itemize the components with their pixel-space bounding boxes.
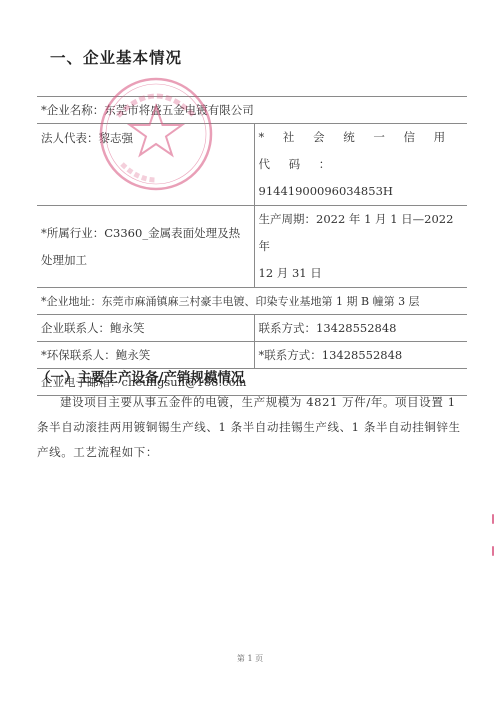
env-contact-person-cell: *环保联系人：鲍永笑 [37, 342, 254, 369]
address-cell: *企业地址：东莞市麻涌镇麻三村豪丰电镀、印染专业基地第 1 期 B 幢第 3 层 [37, 288, 467, 315]
company-name-cell: *企业名称：东莞市将盛五金电镀有限公司 [37, 97, 467, 124]
period-line-2: 12 月 31 日 [259, 260, 464, 287]
table-row: *所属行业：C3360_金属表面处理及热 处理加工 生产周期：2022 年 1 … [37, 206, 467, 288]
company-info-table: *企业名称：东莞市将盛五金电镀有限公司 法人代表：黎志强 * 社 会 统 一 信… [37, 96, 467, 396]
section-title: 一、企业基本情况 [50, 46, 182, 68]
production-description: 建设项目主要从事五金件的电镀，生产规模为 4821 万件/年。项目设置 1 条半… [37, 390, 467, 465]
seal-edge-mark [492, 514, 494, 524]
env-contact-phone-cell: *联系方式：13428552848 [254, 342, 467, 369]
page-number: 第 1 页 [0, 653, 500, 664]
subsection-title: （一）主要生产设备/产销规模情况 [37, 366, 244, 386]
industry-line-2: 处理加工 [41, 247, 250, 274]
period-line-1: 生产周期：2022 年 1 月 1 日—2022 年 [259, 206, 464, 260]
contact-phone-cell: 联系方式：13428552848 [254, 315, 467, 342]
credit-code-label: * 社 会 统 一 信 用 代 码 ： [259, 124, 464, 178]
credit-code-value: 91441900096034853H [259, 178, 464, 205]
industry-line-1: *所属行业：C3360_金属表面处理及热 [41, 220, 250, 247]
contact-person-cell: 企业联系人：鲍永笑 [37, 315, 254, 342]
legal-rep-cell: 法人代表：黎志强 [37, 124, 254, 206]
table-row: *环保联系人：鲍永笑 *联系方式：13428552848 [37, 342, 467, 369]
production-period-cell: 生产周期：2022 年 1 月 1 日—2022 年 12 月 31 日 [254, 206, 467, 288]
table-row: *企业地址：东莞市麻涌镇麻三村豪丰电镀、印染专业基地第 1 期 B 幢第 3 层 [37, 288, 467, 315]
table-row: 法人代表：黎志强 * 社 会 统 一 信 用 代 码 ： 91441900096… [37, 124, 467, 206]
seal-edge-mark [492, 546, 494, 556]
industry-cell: *所属行业：C3360_金属表面处理及热 处理加工 [37, 206, 254, 288]
credit-code-cell: * 社 会 统 一 信 用 代 码 ： 91441900096034853H [254, 124, 467, 206]
table-row: 企业联系人：鲍永笑 联系方式：13428552848 [37, 315, 467, 342]
table-row: *企业名称：东莞市将盛五金电镀有限公司 [37, 97, 467, 124]
